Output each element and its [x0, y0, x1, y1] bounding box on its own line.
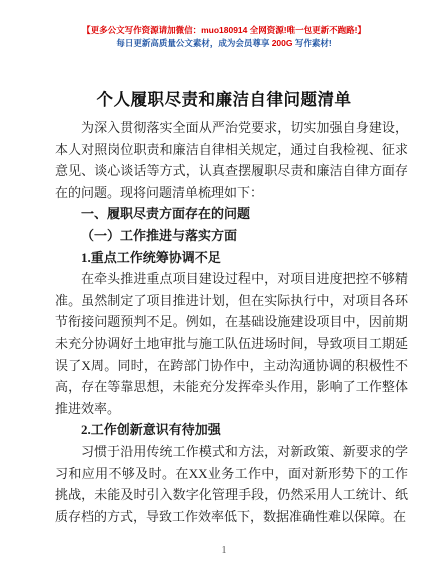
section-heading: （一）工作推进与落实方面	[55, 225, 408, 247]
section-heading: 1.重点工作统筹协调不足	[55, 247, 408, 269]
section-heading: 2.工作创新意识有待加强	[55, 419, 408, 441]
document-page: 【更多公文写作资源请加微信：muo180914 全网资源!唯一包更新不跑路!】 …	[0, 0, 448, 580]
header-ad-line2-suffix: 写作素材!	[292, 38, 331, 48]
header-ad-line1: 【更多公文写作资源请加微信：muo180914 全网资源!唯一包更新不跑路!】	[0, 24, 448, 37]
body-paragraph: 为深入贯彻落实全面从严治党要求，切实加强自身建设，本人对照岗位职责和廉洁自律相关…	[55, 117, 408, 203]
header-ad: 【更多公文写作资源请加微信：muo180914 全网资源!唯一包更新不跑路!】 …	[0, 0, 448, 50]
section-heading: 一、履职尽责方面存在的问题	[55, 203, 408, 225]
document-body: 为深入贯彻落实全面从严治党要求，切实加强自身建设，本人对照岗位职责和廉洁自律相关…	[0, 117, 448, 527]
header-ad-line2-number: 200G	[272, 38, 293, 48]
document-title: 个人履职尽责和廉洁自律问题清单	[0, 86, 448, 110]
header-ad-line2: 每日更新高质量公文素材，成为会员尊享 200G 写作素材!	[0, 37, 448, 50]
page-number: 1	[0, 545, 448, 556]
body-paragraph: 习惯于沿用传统工作模式和方法，对新政策、新要求的学习和应用不够及时。在XX业务工…	[55, 441, 408, 527]
body-paragraph: 在牵头推进重点项目建设过程中，对项目进度把控不够精准。虽然制定了项目推进计划，但…	[55, 268, 408, 419]
header-ad-line2-prefix: 每日更新高质量公文素材，成为会员尊享	[116, 38, 271, 48]
